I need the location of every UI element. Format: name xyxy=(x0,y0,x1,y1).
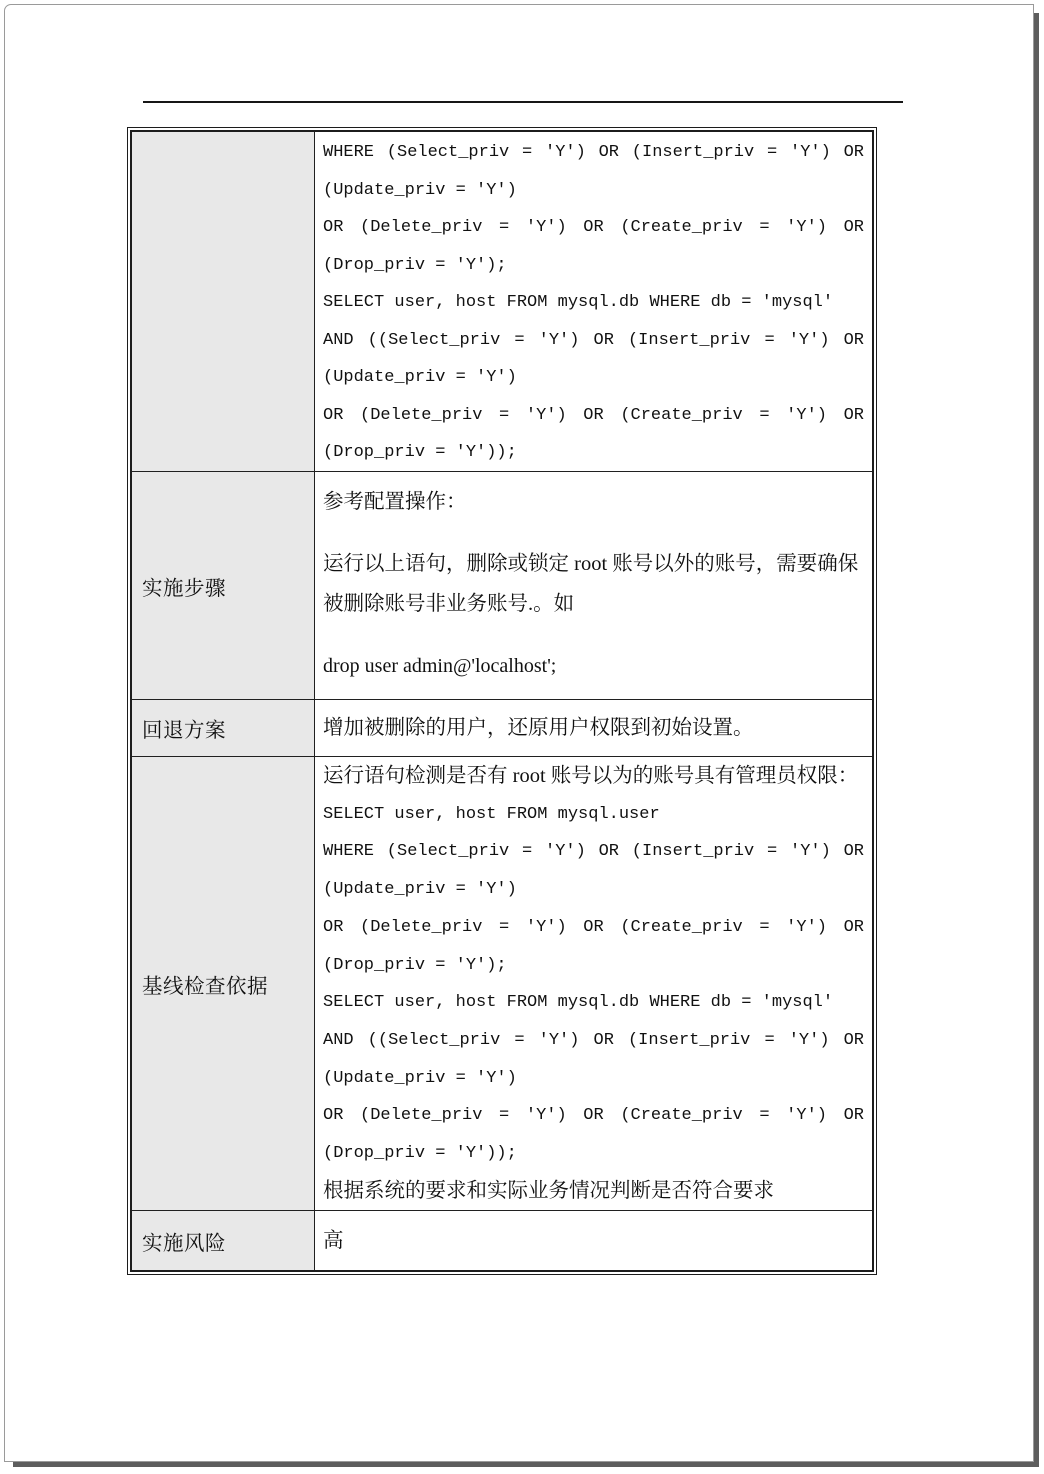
text-line: 运行语句检测是否有 root 账号以为的账号具有管理员权限： xyxy=(323,758,864,796)
text-line: 增加被删除的用户，还原用户权限到初始设置。 xyxy=(323,708,864,748)
rollback-plan-cell: 增加被删除的用户，还原用户权限到初始设置。 xyxy=(315,700,872,757)
row-label-baseline-check-basis: 基线检查依据 xyxy=(132,757,315,1211)
text-line: SELECT user, host FROM mysql.user xyxy=(323,796,864,834)
row-label-empty xyxy=(132,132,315,472)
text-line: (Update_priv = 'Y') xyxy=(323,359,864,397)
blank-line xyxy=(323,522,864,544)
baseline-table-grid: WHERE (Select_priv = 'Y') OR (Insert_pri… xyxy=(130,130,874,1272)
sql-continuation-cell: WHERE (Select_priv = 'Y') OR (Insert_pri… xyxy=(315,132,872,472)
document-page: WHERE (Select_priv = 'Y') OR (Insert_pri… xyxy=(4,4,1034,1462)
text-line: AND ((Select_priv = 'Y') OR (Insert_priv… xyxy=(323,322,864,360)
implementation-steps-cell: 参考配置操作：运行以上语句，删除或锁定 root 账号以外的账号，需要确保被删除… xyxy=(315,472,872,700)
implementation-risk-cell: 高 xyxy=(315,1211,872,1270)
baseline-table: WHERE (Select_priv = 'Y') OR (Insert_pri… xyxy=(127,127,877,1275)
text-line: drop user admin@'localhost'; xyxy=(323,646,864,686)
text-line: OR (Delete_priv = 'Y') OR (Create_priv =… xyxy=(323,397,864,435)
header-separator-rule xyxy=(143,101,903,103)
text-line: AND ((Select_priv = 'Y') OR (Insert_priv… xyxy=(323,1022,864,1060)
row-label-implementation-steps: 实施步骤 xyxy=(132,472,315,700)
text-line: WHERE (Select_priv = 'Y') OR (Insert_pri… xyxy=(323,833,864,871)
text-line: SELECT user, host FROM mysql.db WHERE db… xyxy=(323,984,864,1022)
text-line: 被删除账号非业务账号.。如 xyxy=(323,584,864,624)
text-line: (Update_priv = 'Y') xyxy=(323,1060,864,1098)
text-line: 高 xyxy=(323,1221,864,1261)
text-line: WHERE (Select_priv = 'Y') OR (Insert_pri… xyxy=(323,134,864,172)
blank-line xyxy=(323,624,864,646)
text-line: OR (Delete_priv = 'Y') OR (Create_priv =… xyxy=(323,209,864,247)
baseline-check-basis-cell: 运行语句检测是否有 root 账号以为的账号具有管理员权限：SELECT use… xyxy=(315,757,872,1211)
text-line: (Drop_priv = 'Y')); xyxy=(323,1135,864,1173)
text-line: (Drop_priv = 'Y'); xyxy=(323,247,864,285)
row-label-rollback-plan: 回退方案 xyxy=(132,700,315,757)
text-line: (Drop_priv = 'Y'); xyxy=(323,947,864,985)
text-line: 根据系统的要求和实际业务情况判断是否符合要求 xyxy=(323,1173,864,1211)
text-line: (Update_priv = 'Y') xyxy=(323,172,864,210)
text-line: 参考配置操作： xyxy=(323,482,864,522)
text-line: (Update_priv = 'Y') xyxy=(323,871,864,909)
text-line: 运行以上语句，删除或锁定 root 账号以外的账号，需要确保 xyxy=(323,544,864,584)
row-label-implementation-risk: 实施风险 xyxy=(132,1211,315,1270)
text-line: OR (Delete_priv = 'Y') OR (Create_priv =… xyxy=(323,1097,864,1135)
text-line: OR (Delete_priv = 'Y') OR (Create_priv =… xyxy=(323,909,864,947)
text-line: SELECT user, host FROM mysql.db WHERE db… xyxy=(323,284,864,322)
text-line: (Drop_priv = 'Y')); xyxy=(323,434,864,472)
